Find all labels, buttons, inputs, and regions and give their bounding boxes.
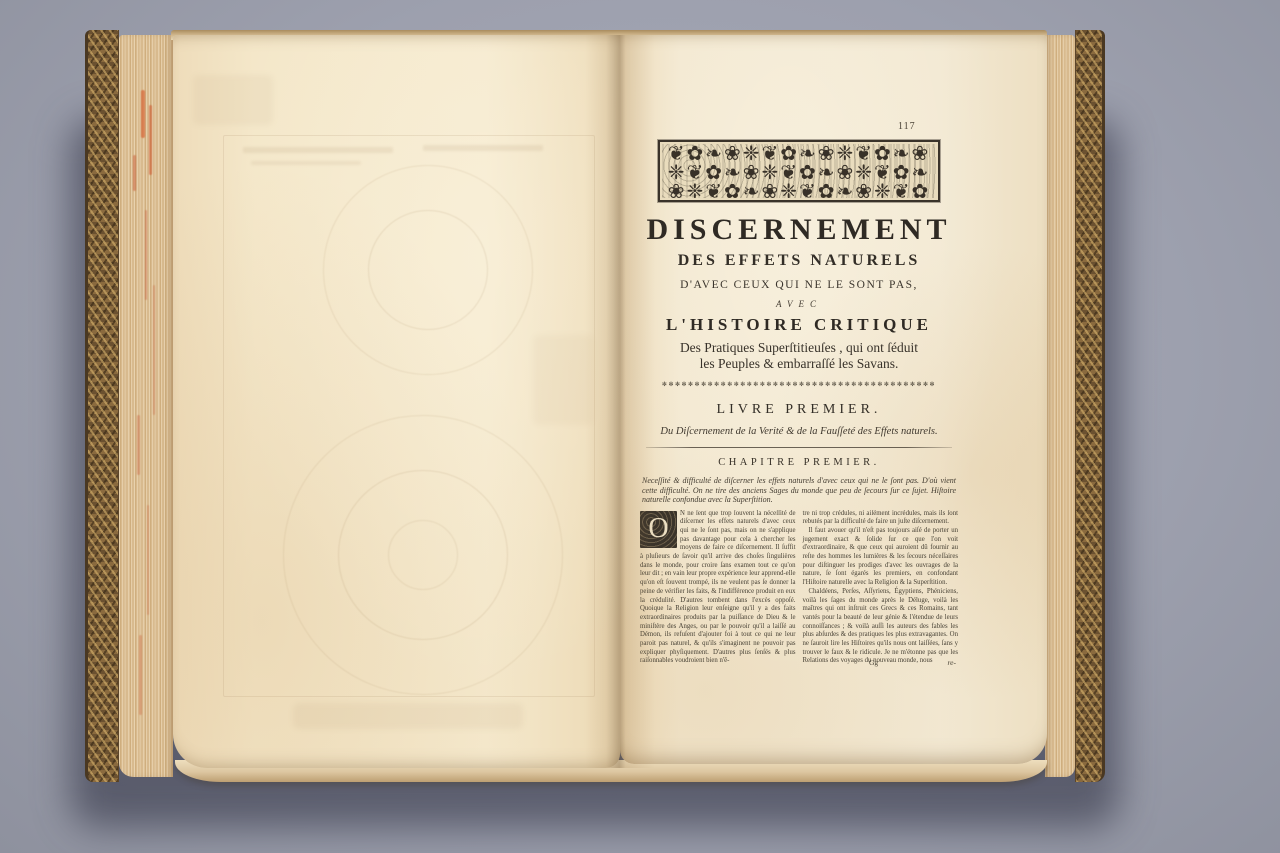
headpiece-ornament-glyphs: ❦✿❧❀❈❦✿❧❀❈❦✿❧❀❈❦✿❧❀❈❦✿❧❀❈❦✿❧❀❈❦✿❧❀❈❦✿❧❀❈… [662,144,936,198]
binding-edge-left [85,30,119,782]
show-through-caption-line [251,161,361,165]
ornament-row: ✻✻✻✻✻✻✻✻✻✻✻✻✻✻✻✻✻✻✻✻✻✻✻✻✻✻✻✻✻✻✻✻✻✻✻✻✻✻✻✻… [640,381,958,389]
book-part-subtitle: Du Diſcernement de la Verité & de la Fau… [640,426,958,438]
headpiece-engraving: ❦✿❧❀❈❦✿❧❀❈❦✿❧❀❈❦✿❧❀❈❦✿❧❀❈❦✿❧❀❈❦✿❧❀❈❦✿❧❀❈… [658,140,940,202]
foxing-stain [533,335,593,425]
red-sprinkle-mark [133,155,136,191]
chapter-heading: CHAPITRE PREMIER. [640,457,958,469]
chapter-summary: Neceſſité & difficulté de diſcerner les … [640,476,958,505]
foxing-stain [193,75,273,125]
show-through-caption-line [423,145,543,151]
subtitle-line-1: L'HISTOIRE CRITIQUE [640,315,958,335]
show-through-circle-upper-inner [368,210,488,330]
horizontal-rule [646,447,952,448]
left-page-blank [173,35,620,768]
red-sprinkle-mark [147,505,149,615]
right-page-title: 117 ❦✿❧❀❈❦✿❧❀❈❦✿❧❀❈❦✿❧❀❈❦✿❧❀❈❦✿❧❀❈❦✿❧❀❈❦… [620,35,1047,764]
red-sprinkle-mark [139,635,142,715]
fore-edge-left-page-block [119,35,173,777]
page-number: 117 [898,121,916,132]
paragraph: ON ne ſent que trop ſouvent la néceſſité… [640,510,796,667]
body-text-columns: ON ne ſent que trop ſouvent la néceſſité… [640,510,958,668]
red-sprinkle-mark [141,90,145,138]
red-sprinkle-mark [153,285,155,415]
title-line-3: D'AVEC CEUX QUI NE LE SONT PAS, [640,278,958,292]
body-column-right: tre ni trop crédules, ni aiſément incréd… [803,510,959,668]
decorated-initial: O [640,511,677,548]
show-through-circle-lower-core [388,520,458,590]
book-part-heading: LIVRE PREMIER. [640,402,958,418]
red-sprinkle-mark [149,105,152,175]
paragraph: Chaldéens, Perſes, Aſſyriens, Égyptiens,… [803,588,959,666]
catchword: re- [948,658,956,667]
show-through-title-text [293,703,523,729]
avec-word: AVEC [640,299,958,309]
paragraph: Il faut avouer qu'il n'eſt pas toujours … [803,527,959,588]
red-sprinkle-mark [137,415,140,475]
subtitle-line-3: les Peuples & embarraſſé les Savans. [640,356,958,372]
printed-text-block: ❦✿❧❀❈❦✿❧❀❈❦✿❧❀❈❦✿❧❀❈❦✿❧❀❈❦✿❧❀❈❦✿❧❀❈❦✿❧❀❈… [640,140,958,668]
title-line-2: DES EFFETS NATURELS [640,252,958,270]
paragraph: tre ni trop crédules, ni aiſément incréd… [803,510,959,527]
red-sprinkle-mark [145,210,147,300]
show-through-caption-line [243,147,393,153]
open-antique-book: 117 ❦✿❧❀❈❦✿❧❀❈❦✿❧❀❈❦✿❧❀❈❦✿❧❀❈❦✿❧❀❈❦✿❧❀❈❦… [85,30,1105,782]
subtitle-line-2: Des Pratiques Superſtitieuſes , qui ont … [640,340,958,356]
binding-edge-right [1075,30,1105,782]
body-column-left: ON ne ſent que trop ſouvent la néceſſité… [640,510,796,668]
fore-edge-right-page-block [1045,35,1075,777]
title-line-1: DISCERNEMENT [640,214,958,246]
signature-row: Gg re- [799,658,958,667]
gathering-signature: Gg [869,658,878,667]
photograph-scene: 117 ❦✿❧❀❈❦✿❧❀❈❦✿❧❀❈❦✿❧❀❈❦✿❧❀❈❦✿❧❀❈❦✿❧❀❈❦… [0,0,1280,853]
